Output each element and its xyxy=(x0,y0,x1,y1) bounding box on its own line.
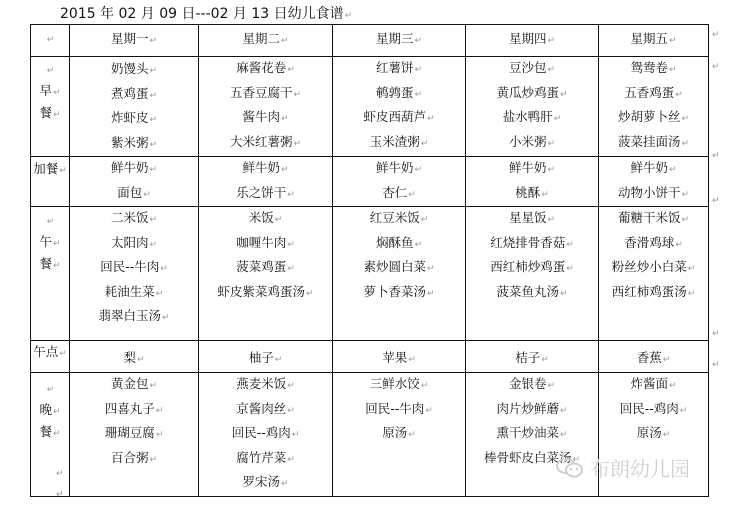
header-row: ↵ 星期一↵ 星期二↵ 星期三↵ 星期四↵ 星期五↵ xyxy=(31,25,709,57)
menu-cell: 柚子↵ xyxy=(199,341,333,373)
dish: 星星饭↵ xyxy=(509,207,555,232)
day-header-mon: 星期一↵ xyxy=(70,25,199,57)
label-char: 午 xyxy=(39,234,52,249)
dish: 肉片炒鲜蘑↵ xyxy=(496,398,567,423)
watermark: 布朗幼儿园 xyxy=(556,453,690,482)
dish: 粉丝炒小白菜↵ xyxy=(612,256,696,281)
dish: 桃酥↵ xyxy=(515,182,549,207)
menu-cell: 星星饭↵ 红烧排骨香菇↵ 西红柿炒鸡蛋↵ 菠菜鱼丸汤↵ xyxy=(466,207,599,341)
document-title: 2015 年 02 月 09 日---02 月 13 日幼儿食谱↵ xyxy=(60,3,352,23)
dish: 三鲜水饺↵ xyxy=(370,373,429,398)
meal-label-dinner: ↵ 晚↵ 餐↵ xyxy=(31,373,70,497)
paragraph-mark: ↵ xyxy=(547,36,555,46)
dish: 菠菜鱼丸汤↵ xyxy=(496,281,567,306)
menu-cell: 二米饭↵ 太阳肉↵ 回民--牛肉↵ 耗油生菜↵ 翡翠白玉汤↵ xyxy=(70,207,199,341)
menu-cell: 红豆米饭↵ 焖酥鱼↵ 素炒圆白菜↵ 萝卜香菜汤↵ xyxy=(333,207,466,341)
label-char: 餐 xyxy=(39,424,52,439)
dish: 原汤↵ xyxy=(382,422,416,447)
dish: 回民--鸡肉↵ xyxy=(620,398,688,423)
menu-cell: 苹果↵ xyxy=(333,341,466,373)
dish: 面包↵ xyxy=(117,182,151,207)
dish: 乐之饼干↵ xyxy=(236,182,295,207)
day-label: 星期三 xyxy=(376,31,414,46)
paragraph-mark: ↵ xyxy=(53,261,61,271)
menu-cell: 红薯饼↵ 鹌鹑蛋↵ 虾皮西葫芦↵ 玉米渣粥↵ xyxy=(333,57,466,157)
dish: 咖喱牛肉↵ xyxy=(236,232,295,257)
dish: 四喜丸子↵ xyxy=(105,398,164,423)
dish: 鲜牛奶↵ xyxy=(111,157,157,182)
paragraph-mark: ↵ xyxy=(59,349,67,359)
menu-cell: 鲜牛奶↵ 杏仁↵ xyxy=(333,157,466,207)
dish: 珊瑚豆腐↵ xyxy=(105,422,164,447)
dish: 鹌鹑蛋↵ xyxy=(376,82,422,107)
dish: 回民--鸡肉↵ xyxy=(232,422,300,447)
dish: 小米粥↵ xyxy=(509,131,555,156)
dish: 菠菜挂面汤↵ xyxy=(618,131,689,156)
meal-row-breakfast: ↵ 早↵ 餐↵ 奶馒头↵ 煮鸡蛋↵ 炸虾皮↵ 紫米粥↵ 麻酱花卷↵ 五香豆腐干↵… xyxy=(31,57,709,157)
day-label: 星期一 xyxy=(111,31,149,46)
dish: 鲜牛奶↵ xyxy=(376,157,422,182)
dish: 鲜牛奶↵ xyxy=(630,157,676,182)
empty-paragraph-mark: ↵ xyxy=(56,490,64,500)
paragraph-mark: ↵ xyxy=(53,429,61,439)
dish: 五香豆腐干↵ xyxy=(230,82,301,107)
row-end-mark: ↵ xyxy=(712,62,720,72)
menu-cell: 桔子↵ xyxy=(466,341,599,373)
paragraph-mark: ↵ xyxy=(53,407,61,417)
meal-label-snack: 加餐↵ xyxy=(31,157,70,207)
dish: 百合粥↵ xyxy=(111,447,157,472)
label-char: 晚 xyxy=(39,402,52,417)
dish: 煮鸡蛋↵ xyxy=(111,83,157,108)
paragraph-mark: ↵ xyxy=(53,239,61,249)
menu-cell: 葡糖干米饭↵ 香滑鸡球↵ 粉丝炒小白菜↵ 西红柿鸡蛋汤↵ xyxy=(599,207,709,341)
dish: 紫米粥↵ xyxy=(111,132,157,157)
menu-cell: 米饭↵ 咖喱牛肉↵ 菠菜鸡蛋↵ 虾皮紫菜鸡蛋汤↵ xyxy=(199,207,333,341)
empty-paragraph-mark: ↵ xyxy=(56,469,64,479)
dish: 耗油生菜↵ xyxy=(105,281,164,306)
menu-cell: 鲜牛奶↵ 桃酥↵ xyxy=(466,157,599,207)
weekly-menu-table: ↵ 星期一↵ 星期二↵ 星期三↵ 星期四↵ 星期五↵ ↵ 早↵ 餐↵ 奶馒头↵ … xyxy=(30,24,709,497)
menu-cell: 鸳鸯卷↵ 五香鸡蛋↵ 炒胡萝卜丝↵ 菠菜挂面汤↵ xyxy=(599,57,709,157)
dish: 素炒圆白菜↵ xyxy=(363,256,434,281)
day-header-wed: 星期三↵ xyxy=(333,25,466,57)
dish: 红薯饼↵ xyxy=(376,57,422,82)
day-label: 星期四 xyxy=(509,31,547,46)
menu-cell: 鲜牛奶↵ 乐之饼干↵ xyxy=(199,157,333,207)
meal-row-snack: 加餐↵ 鲜牛奶↵ 面包↵ 鲜牛奶↵ 乐之饼干↵ 鲜牛奶↵ 杏仁↵ 鲜牛奶↵ 桃酥… xyxy=(31,157,709,207)
menu-cell: 豆沙包↵ 黄瓜炒鸡蛋↵ 盐水鸭肝↵ 小米粥↵ xyxy=(466,57,599,157)
dish: 五香鸡蛋↵ xyxy=(624,82,683,107)
dish: 鲜牛奶↵ xyxy=(509,157,555,182)
title-text: 2015 年 02 月 09 日---02 月 13 日幼儿食谱 xyxy=(60,6,344,22)
dish: 鸳鸯卷↵ xyxy=(630,57,676,82)
corner-cell: ↵ xyxy=(31,25,70,57)
dish: 大米红薯粥↵ xyxy=(230,131,301,156)
watermark-text: 布朗幼儿园 xyxy=(590,453,690,482)
paragraph-mark: ↵ xyxy=(53,88,61,98)
paragraph-mark: ↵ xyxy=(281,36,289,46)
dish: 熏干炒油菜↵ xyxy=(496,422,567,447)
dish: 酱牛肉↵ xyxy=(242,106,288,131)
dish: 梨↵ xyxy=(123,350,144,365)
dish: 二米饭↵ xyxy=(111,207,157,232)
dish: 柚子↵ xyxy=(249,350,283,365)
dish: 苹果↵ xyxy=(382,350,416,365)
meal-row-lunch: ↵ 午↵ 餐↵ 二米饭↵ 太阳肉↵ 回民--牛肉↵ 耗油生菜↵ 翡翠白玉汤↵ 米… xyxy=(31,207,709,341)
dish: 黄瓜炒鸡蛋↵ xyxy=(496,82,567,107)
dish: 太阳肉↵ xyxy=(111,232,157,257)
paragraph-mark: ↵ xyxy=(149,36,157,46)
dish: 腐竹芹菜↵ xyxy=(236,447,295,472)
dish: 米饭↵ xyxy=(249,207,283,232)
dish: 回民--牛肉↵ xyxy=(100,256,168,281)
dish: 萝卜香菜汤↵ xyxy=(363,281,434,306)
dish: 炸虾皮↵ xyxy=(111,107,157,132)
dish: 动物小饼干↵ xyxy=(618,182,689,207)
menu-cell: 鲜牛奶↵ 动物小饼干↵ xyxy=(599,157,709,207)
menu-cell: 燕麦米饭↵ 京酱肉丝↵ 回民--鸡肉↵ 腐竹芹菜↵ 罗宋汤↵ xyxy=(199,373,333,497)
row-end-mark: ↵ xyxy=(712,30,720,40)
paragraph-mark: ↵ xyxy=(669,36,677,46)
meal-label-breakfast: ↵ 早↵ 餐↵ xyxy=(31,57,70,157)
dish: 翡翠白玉汤↵ xyxy=(98,305,169,330)
meal-row-afternoon-snack: 午点↵ 梨↵ 柚子↵ 苹果↵ 桔子↵ 香蕉↵ xyxy=(31,341,709,373)
label-char: 早 xyxy=(39,83,52,98)
label-text: 加餐 xyxy=(33,161,58,176)
dish: 鲜牛奶↵ xyxy=(242,157,288,182)
menu-cell: 黄金包↵ 四喜丸子↵ 珊瑚豆腐↵ 百合粥↵ xyxy=(70,373,199,497)
dish: 金银卷↵ xyxy=(509,373,555,398)
row-end-mark: ↵ xyxy=(712,196,720,206)
dish: 京酱肉丝↵ xyxy=(236,398,295,423)
label-text: 午点 xyxy=(33,344,58,359)
dish: 盐水鸭肝↵ xyxy=(503,106,562,131)
menu-cell: 三鲜水饺↵ 回民--牛肉↵ 原汤↵ xyxy=(333,373,466,497)
paragraph-mark: ↵ xyxy=(414,36,422,46)
dish: 虾皮紫菜鸡蛋汤↵ xyxy=(217,281,313,306)
menu-cell: 香蕉↵ xyxy=(599,341,709,373)
day-header-fri: 星期五↵ xyxy=(599,25,709,57)
dish: 黄金包↵ xyxy=(111,373,157,398)
dish: 桔子↵ xyxy=(515,350,549,365)
wechat-icon xyxy=(556,457,584,479)
meal-label-afternoon-snack: 午点↵ xyxy=(31,341,70,373)
dish: 燕麦米饭↵ xyxy=(236,373,295,398)
dish: 原汤↵ xyxy=(637,422,671,447)
day-header-tue: 星期二↵ xyxy=(199,25,333,57)
row-end-mark: ↵ xyxy=(712,151,720,161)
dish: 红烧排骨香菇↵ xyxy=(490,232,574,257)
dish: 豆沙包↵ xyxy=(509,57,555,82)
dish: 杏仁↵ xyxy=(382,182,416,207)
dish: 焖酥鱼↵ xyxy=(376,232,422,257)
label-char: 餐 xyxy=(39,256,52,271)
dish: 西红柿炒鸡蛋↵ xyxy=(490,256,574,281)
dish: 虾皮西葫芦↵ xyxy=(363,106,434,131)
menu-cell: 梨↵ xyxy=(70,341,199,373)
menu-cell: 麻酱花卷↵ 五香豆腐干↵ 酱牛肉↵ 大米红薯粥↵ xyxy=(199,57,333,157)
dish: 红豆米饭↵ xyxy=(370,207,429,232)
dish: 回民--牛肉↵ xyxy=(365,398,433,423)
dish: 罗宋汤↵ xyxy=(242,471,288,496)
dish: 葡糖干米饭↵ xyxy=(618,207,689,232)
day-label: 星期二 xyxy=(242,31,280,46)
dish: 香蕉↵ xyxy=(637,350,671,365)
day-label: 星期五 xyxy=(630,31,668,46)
label-char: 餐 xyxy=(39,105,52,120)
dish: 香滑鸡球↵ xyxy=(624,232,683,257)
dish: 玉米渣粥↵ xyxy=(370,131,429,156)
meal-label-lunch: ↵ 午↵ 餐↵ xyxy=(31,207,70,341)
paragraph-mark: ↵ xyxy=(53,110,61,120)
paragraph-mark: ↵ xyxy=(47,385,55,395)
menu-cell: 奶馒头↵ 煮鸡蛋↵ 炸虾皮↵ 紫米粥↵ xyxy=(70,57,199,157)
dish: 奶馒头↵ xyxy=(111,58,157,83)
menu-cell: 鲜牛奶↵ 面包↵ xyxy=(70,157,199,207)
dish: 炒胡萝卜丝↵ xyxy=(618,106,689,131)
paragraph-mark: ↵ xyxy=(47,217,55,227)
paragraph-mark: ↵ xyxy=(47,35,55,45)
paragraph-mark: ↵ xyxy=(59,166,67,176)
dish: 菠菜鸡蛋↵ xyxy=(236,256,295,281)
row-end-mark: ↵ xyxy=(712,329,720,339)
dish: 西红柿鸡蛋汤↵ xyxy=(612,281,696,306)
day-header-thu: 星期四↵ xyxy=(466,25,599,57)
dish: 麻酱花卷↵ xyxy=(236,57,295,82)
dish: 炸酱面↵ xyxy=(630,373,676,398)
paragraph-mark: ↵ xyxy=(47,66,55,76)
row-end-mark: ↵ xyxy=(712,360,720,370)
paragraph-mark: ↵ xyxy=(345,11,353,21)
